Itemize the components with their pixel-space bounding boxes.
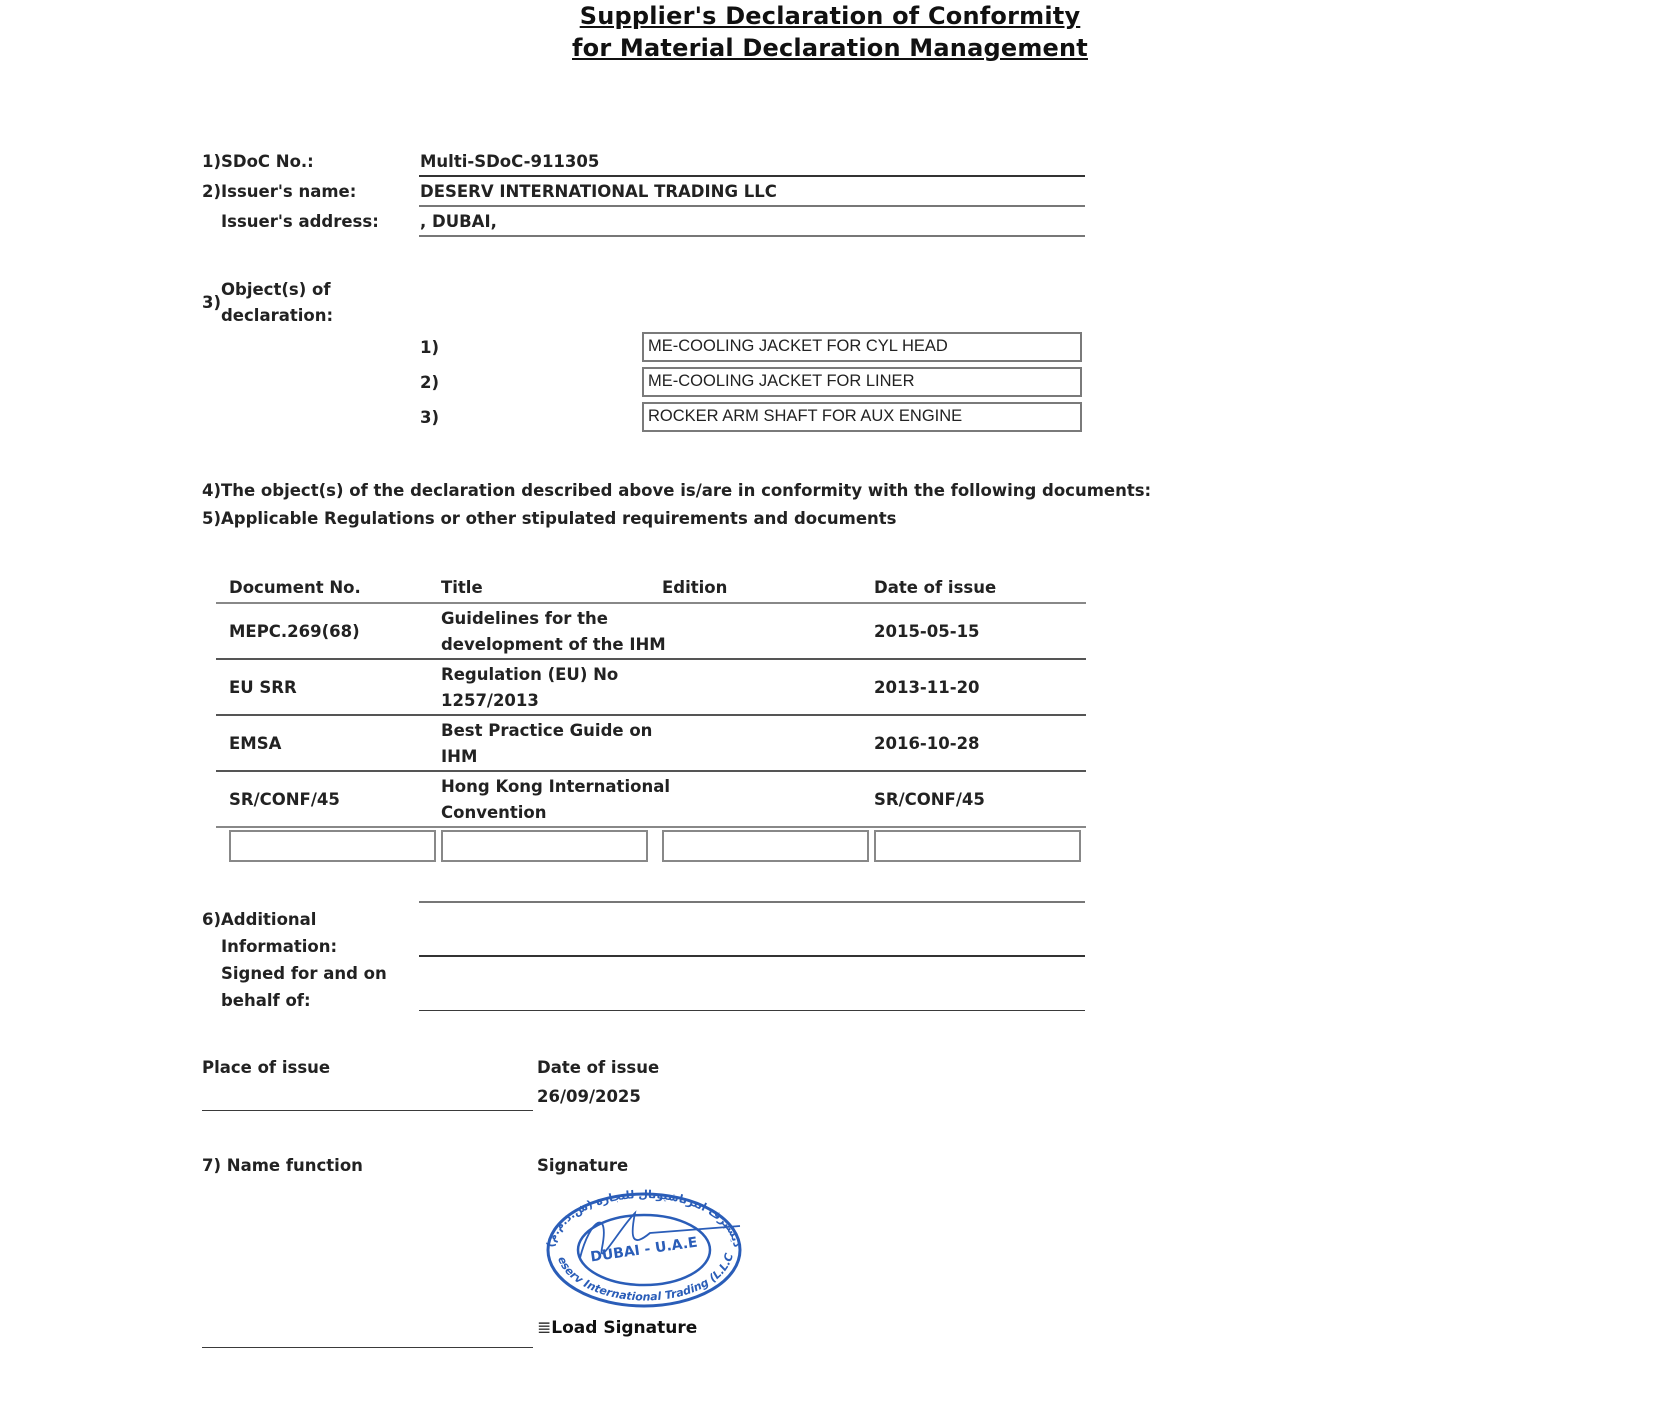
- issuer-address-value[interactable]: , DUBAI,: [420, 212, 497, 231]
- issuer-address-label: Issuer's address:: [221, 212, 379, 231]
- object-field-3[interactable]: ROCKER ARM SHAFT FOR AUX ENGINE: [642, 402, 1082, 432]
- additional-info-underline: [419, 955, 1085, 957]
- sdoc-label-text: SDoC No.:: [221, 152, 314, 171]
- statement-5: 5)Applicable Regulations or other stipul…: [202, 509, 896, 528]
- sdoc-label: 1)SDoC No.:: [202, 152, 314, 171]
- cell-doc-no: EMSA: [229, 731, 281, 757]
- object-field-2[interactable]: ME-COOLING JACKET FOR LINER: [642, 367, 1082, 397]
- cell-title-line-2: IHM: [441, 744, 477, 770]
- object-index-1: 1): [420, 338, 439, 357]
- issuer-name-number: 2): [202, 182, 221, 201]
- place-of-issue-underline: [202, 1110, 533, 1111]
- row-divider: [216, 826, 1086, 828]
- additional-label-line-2: Information:: [221, 937, 337, 956]
- name-function-underline: [202, 1347, 533, 1348]
- load-signature-label: Load Signature: [551, 1318, 697, 1338]
- place-of-issue-label: Place of issue: [202, 1058, 330, 1077]
- object-field-1[interactable]: ME-COOLING JACKET FOR CYL HEAD: [642, 332, 1082, 362]
- lines-icon: ≣: [537, 1318, 551, 1338]
- cell-title-line-2: 1257/2013: [441, 688, 539, 714]
- additional-label-line-1: 6)Additional: [202, 910, 316, 929]
- issuer-name-label: 2)Issuer's name:: [202, 182, 356, 201]
- cell-title-line-1: Hong Kong International: [441, 774, 670, 800]
- issuer-address-underline: [419, 235, 1085, 237]
- signed-for-underline: [419, 1010, 1085, 1011]
- date-of-issue-label: Date of issue: [537, 1058, 659, 1077]
- object-index-2: 2): [420, 373, 439, 392]
- issuer-name-underline: [419, 205, 1085, 207]
- cell-title-line-2: development of the IHM: [441, 632, 666, 658]
- statement-4-number: 4): [202, 481, 221, 500]
- table-header-divider: [216, 602, 1086, 604]
- page-title-line-1: Supplier's Declaration of Conformity: [0, 2, 1655, 30]
- signature-label: Signature: [537, 1156, 628, 1175]
- signed-for-label-line-1: Signed for and on: [221, 964, 387, 983]
- objects-number: 3): [202, 293, 221, 312]
- cell-date: 2016-10-28: [874, 731, 980, 757]
- additional-info-topline: [419, 901, 1085, 903]
- statement-5-text: Applicable Regulations or other stipulat…: [221, 509, 896, 528]
- additional-number: 6): [202, 910, 221, 929]
- new-doc-no-input[interactable]: [229, 830, 436, 862]
- additional-info-field[interactable]: [420, 920, 1084, 950]
- place-of-issue-field[interactable]: [202, 1082, 532, 1108]
- objects-label-line-2: declaration:: [221, 306, 333, 325]
- load-signature-button[interactable]: ≣Load Signature: [537, 1318, 697, 1338]
- cell-title-line-1: Regulation (EU) No: [441, 662, 618, 688]
- stamp-icon: ديسيرف انترناشيونال للتجارة (ش.ذ.م.م) De…: [540, 1188, 750, 1310]
- cell-doc-no: SR/CONF/45: [229, 787, 340, 813]
- cell-doc-no: MEPC.269(68): [229, 619, 360, 645]
- new-date-input[interactable]: [874, 830, 1081, 862]
- sdoc-value[interactable]: Multi-SDoC-911305: [420, 152, 599, 171]
- object-index-3: 3): [420, 408, 439, 427]
- new-edition-input[interactable]: [662, 830, 869, 862]
- issuer-name-label-text: Issuer's name:: [221, 182, 356, 201]
- cell-title-line-1: Guidelines for the: [441, 606, 608, 632]
- row-divider: [216, 770, 1086, 772]
- new-title-input[interactable]: [441, 830, 648, 862]
- date-of-issue-value[interactable]: 26/09/2025: [537, 1087, 641, 1106]
- objects-label-line-1: Object(s) of: [221, 280, 331, 299]
- col-header-title: Title: [441, 578, 483, 597]
- col-header-document-no: Document No.: [229, 578, 361, 597]
- row-divider: [216, 658, 1086, 660]
- row-divider: [216, 714, 1086, 716]
- col-header-edition: Edition: [662, 578, 727, 597]
- statement-4-text: The object(s) of the declaration describ…: [221, 481, 1151, 500]
- statement-4: 4)The object(s) of the declaration descr…: [202, 481, 1151, 500]
- issuer-name-value[interactable]: DESERV INTERNATIONAL TRADING LLC: [420, 182, 777, 201]
- cell-title-line-2: Convention: [441, 800, 547, 826]
- name-function-label: 7) Name function: [202, 1156, 363, 1175]
- sdoc-underline: [419, 175, 1085, 177]
- cell-date: 2015-05-15: [874, 619, 980, 645]
- statement-5-number: 5): [202, 509, 221, 528]
- sdoc-number: 1): [202, 152, 221, 171]
- name-function-field[interactable]: [202, 1180, 532, 1340]
- company-stamp-image: ديسيرف انترناشيونال للتجارة (ش.ذ.م.م) De…: [540, 1188, 750, 1308]
- signed-for-label-line-2: behalf of:: [221, 991, 311, 1010]
- cell-title-line-1: Best Practice Guide on: [441, 718, 652, 744]
- cell-date: 2013-11-20: [874, 675, 980, 701]
- signed-for-field[interactable]: [420, 975, 1084, 1005]
- svg-text:ديسيرف انترناشيونال للتجارة (ش: ديسيرف انترناشيونال للتجارة (ش.ذ.م.م): [544, 1188, 744, 1249]
- cell-doc-no: EU SRR: [229, 675, 297, 701]
- additional-label-text: Additional: [221, 910, 316, 929]
- cell-date: SR/CONF/45: [874, 787, 985, 813]
- page-title-line-2: for Material Declaration Management: [0, 34, 1655, 62]
- col-header-date: Date of issue: [874, 578, 996, 597]
